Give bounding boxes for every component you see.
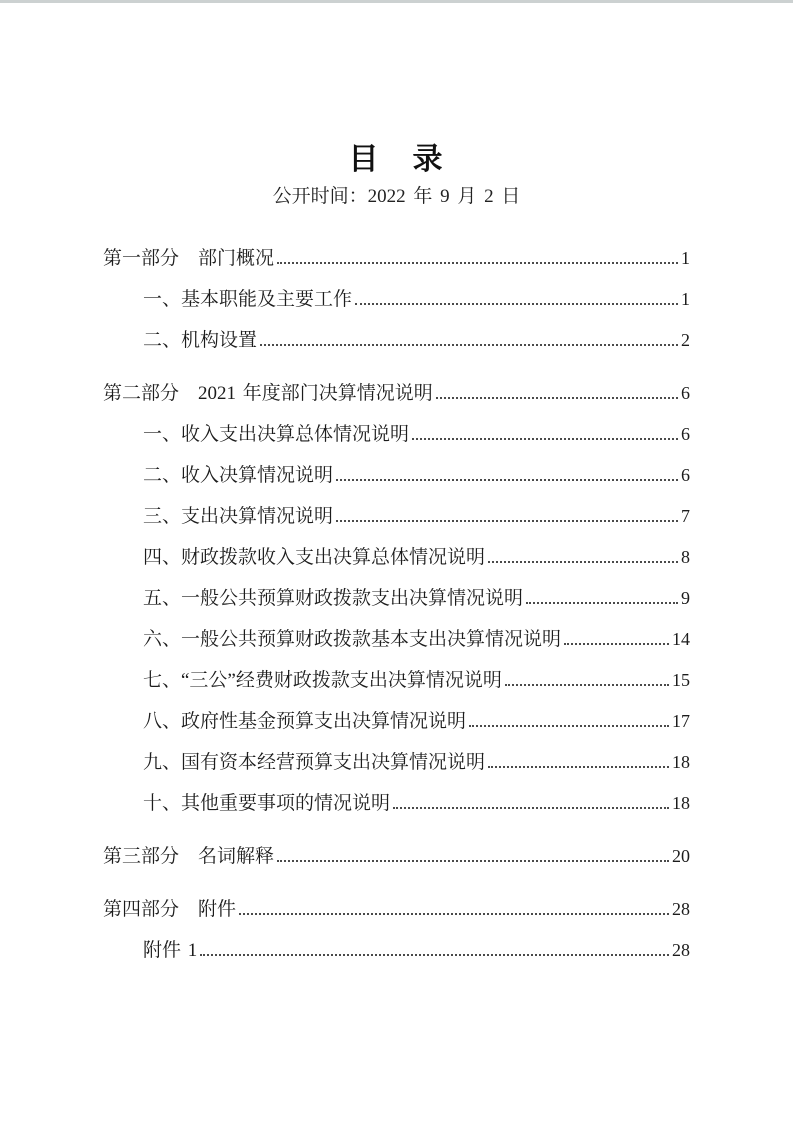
dot-leader [200, 954, 669, 956]
toc-entry-page-number: 28 [672, 889, 690, 930]
toc-entry: 一、基本职能及主要工作 1 [103, 279, 690, 320]
dot-leader [355, 303, 678, 305]
toc-entry-label: 第一部分 部门概况 [103, 238, 274, 279]
toc-entry-label: 一、收入支出决算总体情况说明 [143, 414, 409, 455]
toc-entry-label: 七、“三公”经费财政拨款支出决算情况说明 [143, 660, 502, 701]
page-top-edge [0, 0, 793, 3]
toc-entry: 第三部分 名词解释 20 [103, 836, 690, 877]
toc-entry: 十、其他重要事项的情况说明 18 [103, 783, 690, 824]
toc-entry-page-number: 8 [681, 537, 690, 578]
toc-entry-label: 第三部分 名词解释 [103, 836, 274, 877]
toc-entry-label: 附件 1 [143, 930, 197, 971]
toc-entry-page-number: 6 [681, 455, 690, 496]
dot-leader [336, 520, 678, 522]
table-of-contents: 第一部分 部门概况 1 一、基本职能及主要工作 1 二、机构设置 2 第二部分 … [103, 238, 690, 971]
toc-entry: 八、政府性基金预算支出决算情况说明 17 [103, 701, 690, 742]
toc-entry-label: 二、机构设置 [143, 320, 257, 361]
toc-entry: 第四部分 附件 28 [103, 889, 690, 930]
dot-leader [469, 725, 669, 727]
toc-entry: 第一部分 部门概况 1 [103, 238, 690, 279]
toc-entry-label: 十、其他重要事项的情况说明 [143, 783, 390, 824]
toc-entry-label: 第二部分 2021 年度部门决算情况说明 [103, 373, 433, 414]
toc-entry-page-number: 6 [681, 373, 690, 414]
toc-entry-page-number: 1 [681, 238, 690, 279]
dot-leader [412, 438, 678, 440]
toc-entry: 二、收入决算情况说明 6 [103, 455, 690, 496]
toc-entry-label: 六、一般公共预算财政拨款基本支出决算情况说明 [143, 619, 561, 660]
toc-entry: 九、国有资本经营预算支出决算情况说明 18 [103, 742, 690, 783]
dot-leader [239, 913, 669, 915]
dot-leader [488, 766, 669, 768]
toc-entry: 七、“三公”经费财政拨款支出决算情况说明 15 [103, 660, 690, 701]
toc-entry-page-number: 2 [681, 320, 690, 361]
toc-entry-page-number: 9 [681, 578, 690, 619]
toc-entry-page-number: 15 [672, 660, 690, 701]
page-title: 目 录 [0, 0, 793, 179]
toc-entry-page-number: 28 [672, 930, 690, 971]
toc-entry: 二、机构设置 2 [103, 320, 690, 361]
toc-entry-label: 二、收入决算情况说明 [143, 455, 333, 496]
toc-entry: 五、一般公共预算财政拨款支出决算情况说明 9 [103, 578, 690, 619]
toc-entry: 附件 1 28 [103, 930, 690, 971]
toc-entry-label: 三、支出决算情况说明 [143, 496, 333, 537]
dot-leader [393, 807, 669, 809]
toc-entry-label: 四、财政拨款收入支出决算总体情况说明 [143, 537, 485, 578]
toc-entry-label: 八、政府性基金预算支出决算情况说明 [143, 701, 466, 742]
dot-leader [564, 643, 669, 645]
toc-entry: 六、一般公共预算财政拨款基本支出决算情况说明 14 [103, 619, 690, 660]
document-page: 目 录 公开时间：2022 年 9 月 2 日 第一部分 部门概况 1 一、基本… [0, 0, 793, 1122]
dot-leader [526, 602, 678, 604]
toc-entry: 四、财政拨款收入支出决算总体情况说明 8 [103, 537, 690, 578]
toc-entry: 第二部分 2021 年度部门决算情况说明 6 [103, 373, 690, 414]
dot-leader [436, 397, 678, 399]
toc-entry-page-number: 6 [681, 414, 690, 455]
toc-entry-label: 一、基本职能及主要工作 [143, 279, 352, 320]
dot-leader [277, 262, 678, 264]
dot-leader [505, 684, 669, 686]
toc-entry-page-number: 14 [672, 619, 690, 660]
toc-entry-page-number: 17 [672, 701, 690, 742]
toc-entry-label: 九、国有资本经营预算支出决算情况说明 [143, 742, 485, 783]
toc-entry-page-number: 1 [681, 279, 690, 320]
dot-leader [277, 860, 669, 862]
toc-entry-page-number: 18 [672, 742, 690, 783]
toc-entry-page-number: 20 [672, 836, 690, 877]
toc-entry-label: 第四部分 附件 [103, 889, 236, 930]
dot-leader [488, 561, 678, 563]
toc-entry-page-number: 7 [681, 496, 690, 537]
toc-entry: 三、支出决算情况说明 7 [103, 496, 690, 537]
toc-entry-label: 五、一般公共预算财政拨款支出决算情况说明 [143, 578, 523, 619]
toc-entry-page-number: 18 [672, 783, 690, 824]
dot-leader [260, 344, 678, 346]
toc-entry: 一、收入支出决算总体情况说明 6 [103, 414, 690, 455]
publish-date-line: 公开时间：2022 年 9 月 2 日 [0, 185, 793, 210]
dot-leader [336, 479, 678, 481]
